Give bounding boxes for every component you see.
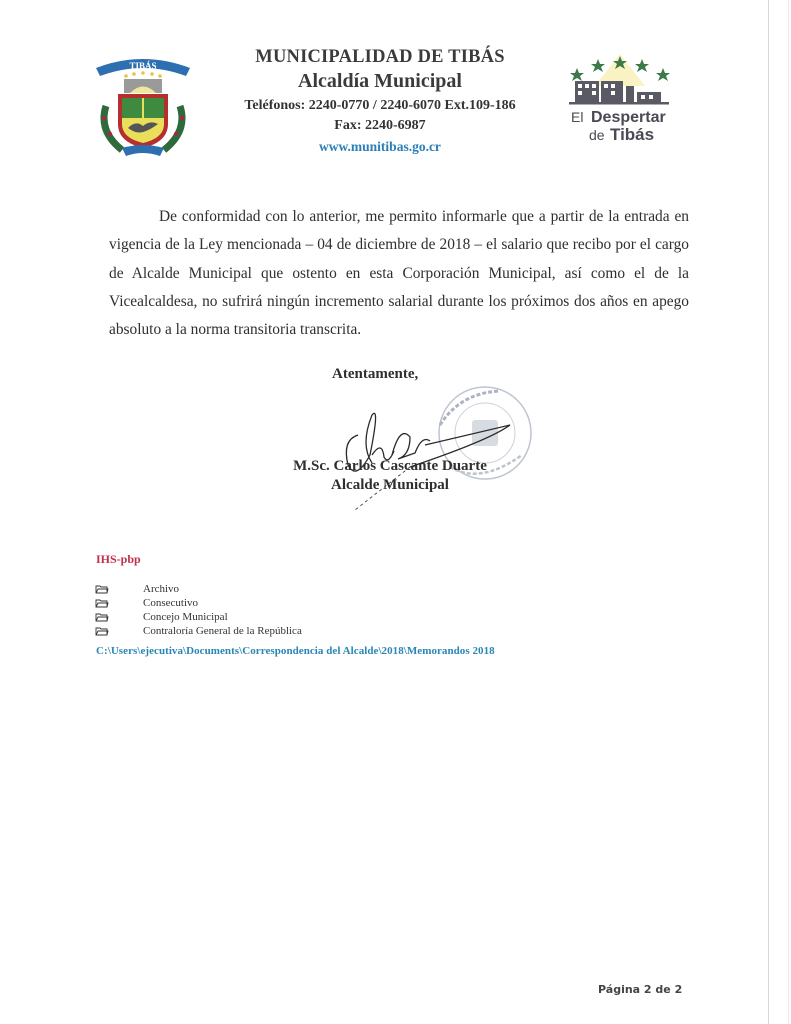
- cc-label: Archivo: [143, 583, 179, 595]
- folder-icon: [95, 598, 109, 608]
- cc-label: Consecutivo: [143, 597, 198, 609]
- municipal-crest-icon: TIBÁS: [88, 46, 198, 158]
- cc-label: Contraloría General de la República: [143, 625, 302, 637]
- department-subtitle: Alcaldía Municipal: [220, 68, 540, 94]
- closing-salutation: Atentamente,: [332, 366, 418, 383]
- crest-banner-text: TIBÁS: [129, 61, 156, 71]
- letter-body: De conformidad con lo anterior, me permi…: [109, 203, 689, 344]
- folder-icon: [95, 612, 109, 622]
- letterhead: MUNICIPALIDAD DE TIBÁS Alcaldía Municipa…: [220, 46, 540, 158]
- file-path: C:\Users\ejecutiva\Documents\Corresponde…: [96, 645, 495, 657]
- cc-label: Concejo Municipal: [143, 611, 228, 623]
- fax-number: Fax: 2240-6987: [220, 116, 540, 136]
- phone-numbers: Teléfonos: 2240-0770 / 2240-6070 Ext.109…: [220, 96, 540, 116]
- organization-title: MUNICIPALIDAD DE TIBÁS: [220, 46, 540, 68]
- cc-item: Contraloría General de la República: [95, 624, 302, 638]
- signature-area: [260, 385, 540, 525]
- logo-prefix-el: El: [571, 109, 583, 125]
- signer-block: M.Sc. Carlos Cascante Duarte Alcalde Mun…: [260, 457, 520, 495]
- page-number: Página 2 de 2: [598, 983, 682, 996]
- folder-icon: [95, 626, 109, 636]
- logo-prefix-de: de: [589, 127, 605, 143]
- signer-name: M.Sc. Carlos Cascante Duarte: [260, 457, 520, 476]
- page-edge-line: [768, 0, 769, 1024]
- website-link[interactable]: www.munitibas.go.cr: [220, 136, 540, 158]
- folder-icon: [95, 584, 109, 594]
- page-edge-line: [788, 0, 789, 1024]
- cc-list: Archivo Consecutivo Concejo Municipal Co…: [95, 582, 302, 638]
- cc-item: Concejo Municipal: [95, 610, 302, 624]
- reference-initials: IHS-pbp: [96, 552, 141, 567]
- logo-word-despertar: Despertar: [591, 109, 666, 126]
- logo-word-tibas: Tibás: [610, 125, 654, 144]
- body-paragraph: De conformidad con lo anterior, me permi…: [109, 203, 689, 344]
- cc-item: Consecutivo: [95, 596, 302, 610]
- document-page: TIBÁS MUNICIPALIDAD DE TIBÁS Alcaldía Mu…: [0, 0, 791, 1024]
- el-despertar-logo-icon: El Despertar de Tibás: [565, 46, 675, 156]
- signer-role: Alcalde Municipal: [260, 476, 520, 495]
- cc-item: Archivo: [95, 582, 302, 596]
